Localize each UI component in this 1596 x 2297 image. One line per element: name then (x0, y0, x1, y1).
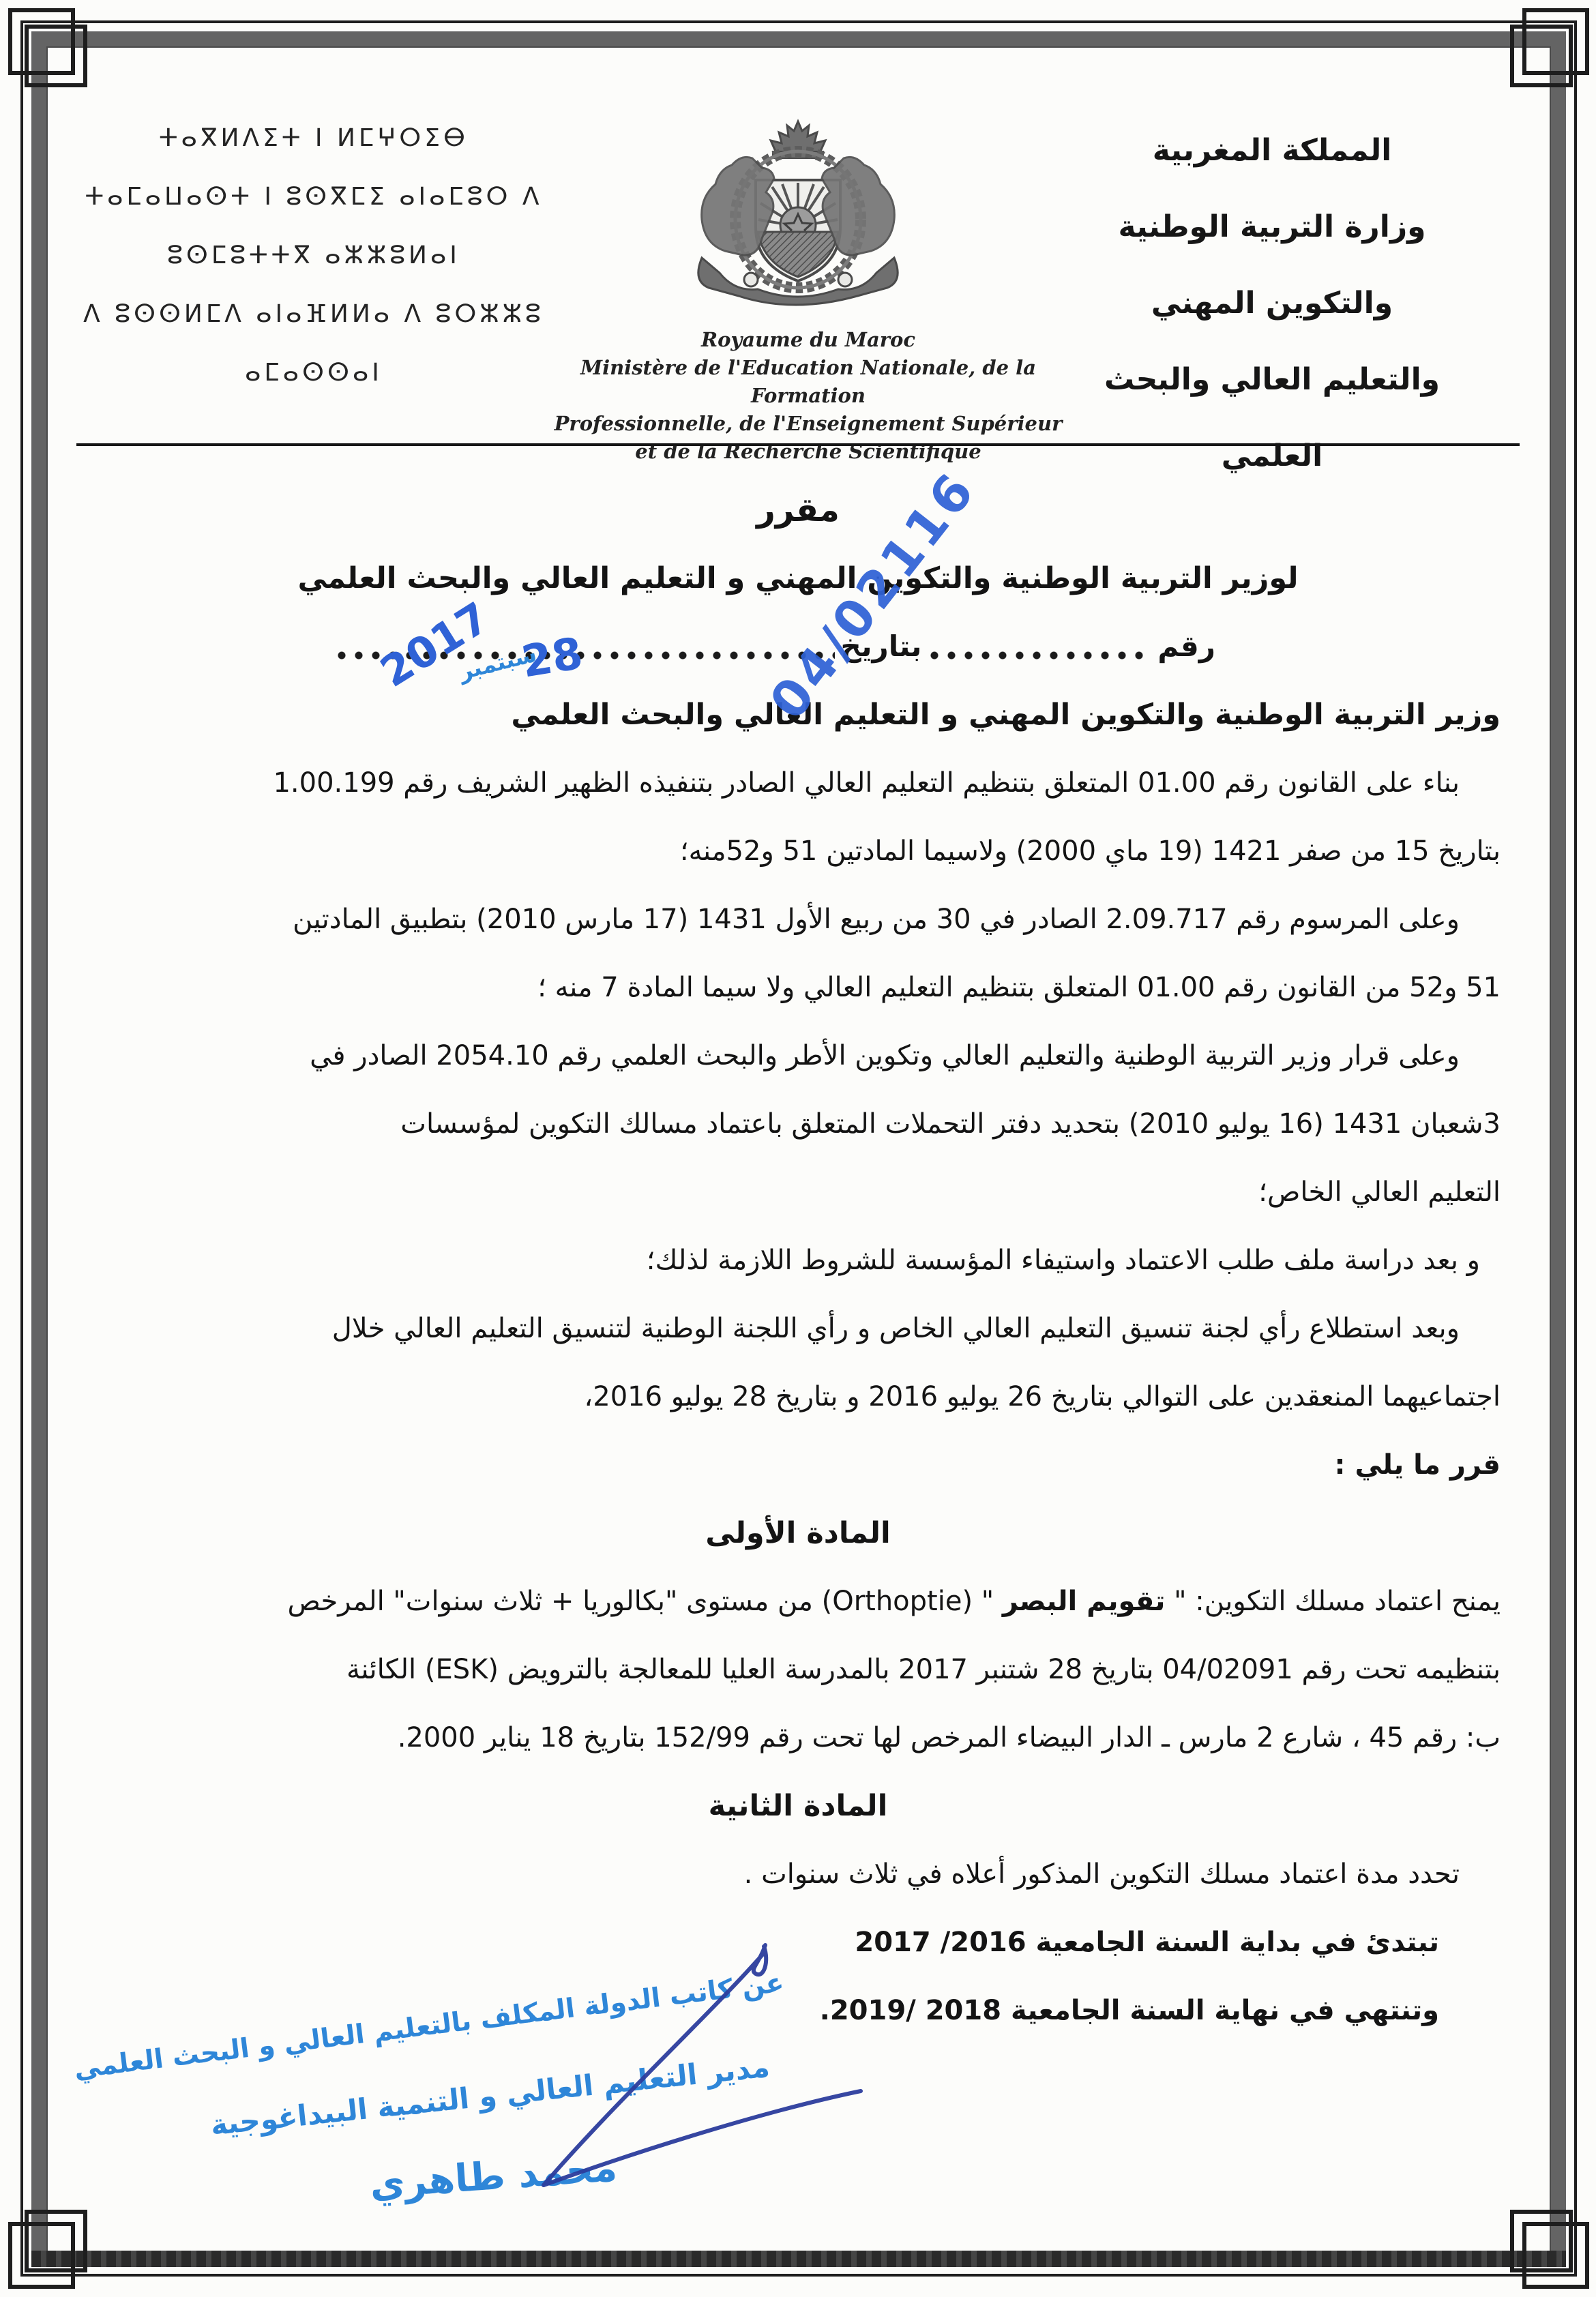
dotted-leader (927, 651, 1152, 660)
french-ministry-line: Professionnelle, de l'Enseignement Supér… (525, 410, 1091, 438)
article-1-line: ب: رقم 45 ، شارع 2 مارس ـ الدار البيضاء … (95, 1704, 1501, 1772)
coat-of-arms-icon (685, 117, 911, 308)
decree-kicker: مقرر (95, 476, 1501, 544)
ref-date-label: بتاريخ (835, 612, 927, 681)
visa-paragraph-line: بناء على القانون رقم 01.00 المتعلق بتنظي… (95, 749, 1501, 817)
article-2-heading: المادة الثانية (95, 1772, 1501, 1840)
tifinagh-line: ⴷ ⵓⵙⵙⵍⵎⴷ ⴰⵏⴰⴼⵍⵍⴰ ⴷ ⵓⵔⵣⵣⵓ ⴰⵎⴰⵙⵙⴰⵏ (75, 285, 552, 402)
ministry-title-line: والتعليم العالي والبحث العلمي (1050, 342, 1494, 494)
visa-paragraph-line: 51 و52 من القانون رقم 01.00 المتعلق بتنظ… (95, 953, 1501, 1022)
article-2-line: تحدد مدة اعتماد مسلك التكوين المذكور أعل… (95, 1840, 1501, 1908)
article-1-line: يمنح اعتماد مسلك التكوين: " تقويم البصر … (95, 1567, 1501, 1635)
decree-body: مقرر لوزير التربية الوطنية والتكوين المه… (95, 476, 1501, 2045)
program-name: تقويم البصر (1003, 1586, 1166, 1617)
ref-number-label: رقم (1152, 612, 1221, 681)
kingdom-title: المملكة المغربية (1050, 113, 1494, 189)
article-1-line: بتنظيمه تحت رقم 04/02091 بتاريخ 28 شتنبر… (95, 1635, 1501, 1704)
article-1-text: يمنح اعتماد مسلك التكوين: " (1165, 1586, 1501, 1617)
scanned-decree-page: ⵜⴰⴳⵍⴷⵉⵜ ⵏ ⵍⵎⵖⵔⵉⴱ ⵜⴰⵎⴰⵡⴰⵙⵜ ⵏ ⵓⵙⴳⵎⵉ ⴰⵏⴰⵎⵓⵔ… (0, 0, 1596, 2297)
article-1-heading: المادة الأولى (95, 1499, 1501, 1567)
dotted-leader (334, 651, 835, 660)
reference-line: رقم بتاريخ (334, 612, 1221, 681)
visa-paragraph-line: 3شعبان 1431 (16 يوليو 2010) بتحديد دفتر … (95, 1090, 1501, 1158)
frame-corner-ornament (1522, 8, 1589, 75)
french-ministry-line: et de la Recherche Scientifique (525, 438, 1091, 466)
frame-corner-ornament (8, 8, 75, 75)
visa-paragraph-line: و بعد دراسة ملف طلب الاعتماد واستيفاء ال… (95, 1226, 1501, 1294)
visa-paragraph-line: وعلى المرسوم رقم 2.09.717 الصادر في 30 م… (95, 885, 1501, 953)
ministry-title-line: وزارة التربية الوطنية والتكوين المهني (1050, 189, 1494, 342)
decision-lead-in: قرر ما يلي : (321, 1431, 1501, 1499)
visa-paragraph-line: اجتماعيهما المنعقدين على التوالي بتاريخ … (95, 1363, 1501, 1431)
visa-paragraph-line: وبعد استطلاع رأي لجنة تنسيق التعليم العا… (95, 1294, 1501, 1363)
article-1-text: " (Orthoptie) من مستوى "بكالوريا + ثلاث … (287, 1586, 1002, 1617)
decree-title-line: لوزير التربية الوطنية والتكوين المهني و … (95, 544, 1501, 612)
french-ministry-line: Ministère de l'Education Nationale, de l… (525, 354, 1091, 410)
header-arabic: المملكة المغربية وزارة التربية الوطنية و… (1050, 113, 1494, 494)
academic-year-start-line: تبتدئ في بداية السنة الجامعية 2016/ 2017 (95, 1908, 1501, 1976)
frame-corner-ornament (1522, 2222, 1589, 2289)
header-tifinagh: ⵜⴰⴳⵍⴷⵉⵜ ⵏ ⵍⵎⵖⵔⵉⴱ ⵜⴰⵎⴰⵡⴰⵙⵜ ⵏ ⵓⵙⴳⵎⵉ ⴰⵏⴰⵎⵓⵔ… (75, 109, 552, 402)
coat-of-arms (685, 117, 911, 311)
tifinagh-line: ⵜⴰⴳⵍⴷⵉⵜ ⵏ ⵍⵎⵖⵔⵉⴱ (75, 109, 552, 168)
header-divider (76, 443, 1520, 446)
visa-paragraph-line: وعلى قرار وزير التربية الوطنية والتعليم … (95, 1022, 1501, 1090)
academic-year-end-line: وتنتهي في نهاية السنة الجامعية 2018 /201… (95, 1976, 1501, 2045)
tifinagh-line: ⵜⴰⵎⴰⵡⴰⵙⵜ ⵏ ⵓⵙⴳⵎⵉ ⴰⵏⴰⵎⵓⵔ ⴷ ⵓⵙⵎⵓⵜⵜⴳ ⴰⵣⵣⵓⵍⴰ… (75, 168, 552, 285)
minister-opening-line: وزير التربية الوطنية والتكوين المهني و ا… (95, 681, 1501, 749)
frame-corner-ornament (8, 2222, 75, 2289)
french-kingdom-line: Royaume du Maroc (525, 326, 1091, 354)
visa-paragraph-line: بتاريخ 15 من صفر 1421 (19 ماي 2000) ولاس… (95, 817, 1501, 885)
visa-paragraph-line: التعليم العالي الخاص؛ (95, 1158, 1501, 1226)
